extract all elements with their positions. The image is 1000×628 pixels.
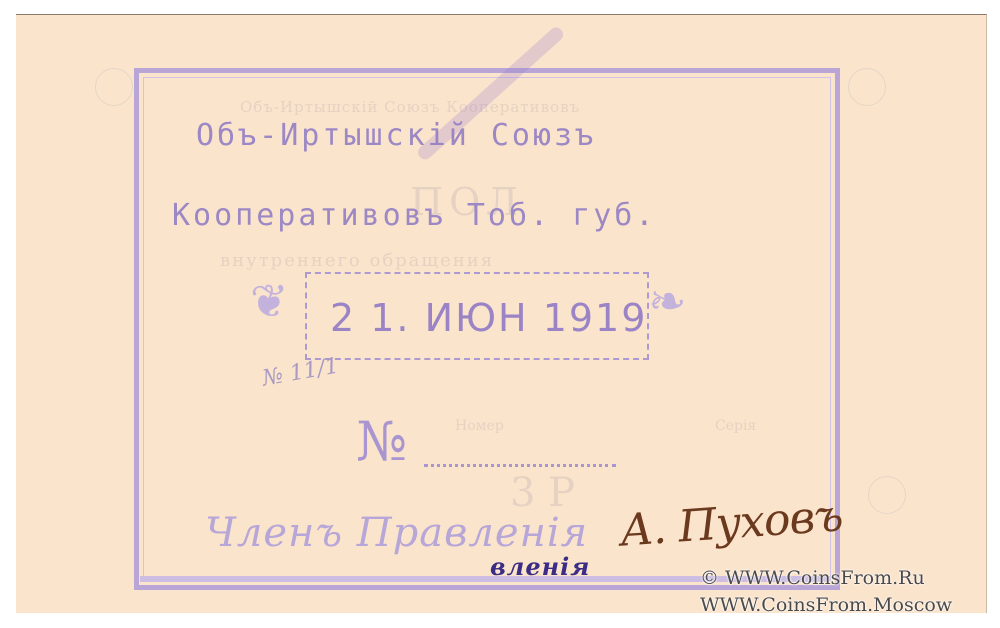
signature-label: Членъ Правленія	[205, 510, 588, 556]
ornament-scroll-right-icon: ❧	[648, 278, 687, 324]
watermark-line-1: © WWW.CoinsFrom.Ru	[700, 567, 925, 589]
issuer-line-2: Кооперативовъ Тоб. губ.	[172, 198, 656, 233]
number-sign: №	[356, 410, 407, 473]
emboss-mark-top-left	[95, 68, 133, 106]
watermark-line-2: WWW.CoinsFrom.Moscow	[700, 594, 952, 616]
ornament-scroll-left-icon: ❦	[250, 278, 289, 324]
number-field	[424, 464, 616, 467]
emboss-mark-bottom-right	[868, 476, 906, 514]
date-stamp: 2 1. ИЮН 1919	[330, 296, 647, 340]
emboss-mark-top-right	[848, 68, 886, 106]
issuer-line-1: Объ-Иртышскій Союзъ	[196, 118, 596, 153]
